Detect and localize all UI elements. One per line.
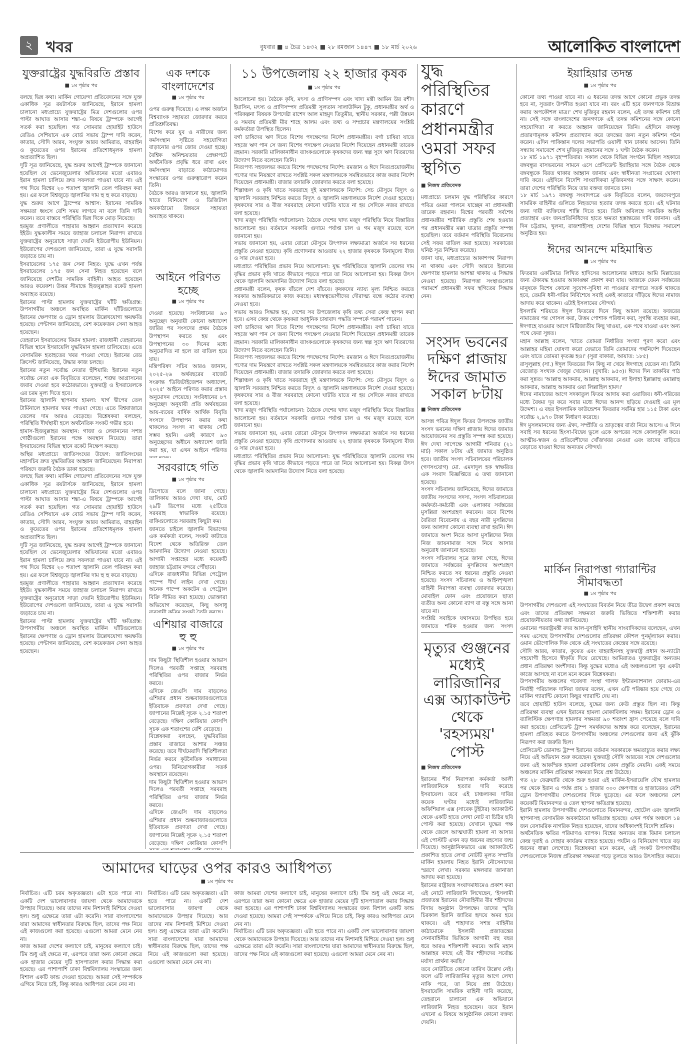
paragraph: অর্থনৈতিক ক্ষতির পরিমাণও ব্যাপক। বিশ্বের…	[520, 831, 680, 861]
masthead: ২ খবর বুধবার ■ ৪ চৈত্র ১৪৩২ ■ ২৮ রমজান ১…	[20, 36, 680, 58]
paragraph: শিল্পাঞ্চল ও কৃষি খাতে সরবরাহে দুই মন্ত্…	[234, 378, 414, 408]
paragraph: ডিপোতে বলে জানা গেছে। তালিকায় আরও দেখা …	[149, 489, 227, 527]
paragraph: নির্বাচিত। এটি চরম অকৃতজ্ঞতা। এটা হতে পা…	[234, 929, 414, 959]
article-body: উপসাগরীয় দেশগুলো এই সংঘাতের বিবর্তন নিয…	[520, 603, 680, 861]
dateline: বুধবার ■ ৪ চৈত্র ১৪৩২ ■ ২৮ রমজান ১৪৪৭ ■ …	[260, 42, 417, 53]
paragraph: প্রধানমন্ত্রী বলেন, কৃষক বাঁচলে দেশ বাঁচ…	[234, 287, 414, 310]
paragraph: কাজ আমরা দেশের কল্যাণে চাই, মানুষের কল্য…	[20, 944, 142, 990]
paragraph: অস্থির মধ্যপ্রাচ্যে জাতিসংঘের উদ্বেগ: জা…	[20, 452, 142, 475]
paragraph: সভায় জানানো হয়, এবার বোরো মৌসুমে উৎপাদ…	[234, 431, 414, 454]
paragraph: দেওয়া হয়েছে। সংবিধানের ৯৩ অনুচ্ছেদ অনু…	[149, 311, 227, 364]
paragraph: নির্বাচিত। এটি চরম অকৃতজ্ঞতা। এটা হতে পা…	[148, 891, 228, 967]
article-us-security: মার্কিন নিরাপত্তা গ্যারান্টির সীমাবদ্ধতা…	[520, 560, 680, 1046]
continued-label: ■ ১ম পৃষ্ঠার পর	[149, 299, 227, 307]
paragraph: ফিতরার একটিমাত্র লিখিত হাদিসের আলোচনার ম…	[520, 271, 680, 309]
continued-label: ■ ১ম পৃষ্ঠার পর	[20, 83, 142, 91]
column-divider	[230, 64, 231, 849]
section-title: খবর	[46, 36, 72, 61]
paragraph: নিত্যপণ্য সহজলভ্য করতে বিশেষ পদক্ষেপের ন…	[234, 165, 414, 188]
paragraph: প্রেসিডেন্ট ডোনাল্ড ট্রাম্প ইরানের বর্তম…	[520, 748, 680, 778]
byline: ■ নিজস্ব প্রতিবেদক	[421, 183, 513, 191]
headline: সংসদ ভবনের দক্ষিণ প্লাজায় ঈদের জামাত সক…	[421, 334, 513, 403]
column-divider	[417, 64, 418, 849]
paragraph: দুটি সূত্র জানিয়েছে, যুদ্ধ শুরুর আগেই ট…	[20, 543, 142, 581]
headline: আমাদের ঘাড়ের ওপর কারও আধিপত্য	[20, 860, 414, 877]
paragraph: সভায় জানানো হয়, এবার বোরো মৌসুমে উৎপাদ…	[234, 241, 414, 264]
paragraph: দাম কিছুটা স্থিতিশীল হওয়ার আভাস দিলেও প…	[149, 658, 227, 688]
continued-label: ■ ১ম পৃষ্ঠার পর	[149, 477, 227, 485]
article-body: ফিতরার একটিমাত্র লিখিত হাদিসের আলোচনার ম…	[520, 271, 680, 453]
paragraph: গত ২৮ ফেব্রুয়ারি থেকে শুরু হওয়া এই মার…	[520, 778, 680, 808]
headline: সরবরাহে গতি	[149, 462, 227, 475]
paragraph: ইরানি হামলায় উপসাগরীয় দেশগুলোতে বিমানব…	[520, 808, 680, 831]
paragraph: ১৮ মার্চ ১৯৭১ বৃহস্পতিবার। সকাল থেকে বিভ…	[520, 155, 680, 193]
article-dominance: আমাদের ঘাড়ের ওপর কারও আধিপত্য ■ ১ম পৃষ্…	[20, 856, 414, 1046]
headline: এক দশকে বাংলাদেশের	[149, 68, 227, 93]
continued-label: ■ ১ম পৃষ্ঠার পর	[234, 85, 414, 93]
paragraph: মধ্যপ্রাচ্য পরিস্থিতির প্রভাব নিয়ে আলোচ…	[234, 264, 414, 287]
newspaper-logo: আলোকিত বাংলাদেশ	[548, 34, 680, 61]
continued-label: ■ ১ম পৃষ্ঠার পর	[520, 591, 680, 599]
paragraph: সভায় আরও সিদ্ধান্ত হয়, দেশের সব উপজেলা…	[234, 310, 414, 325]
paragraph: মন্ত্রিপরিষদ সচিব আরও জানান, ২০২৫-২৬ অর্…	[149, 364, 227, 458]
paragraph: উপসাগরীয় দেশগুলো এই সংঘাতের বিবর্তন নিয…	[520, 603, 680, 626]
paragraph: খাদ্য মজুদ পরিস্থিতি পর্যালোচনা: বৈঠকে দ…	[234, 408, 414, 431]
article-asia-market: এশিয়ার বাজারে হু হু ■ ১ম পৃষ্ঠার পর দাম…	[149, 615, 227, 850]
paragraph: মধ্যপ্রাচ্যে চলমান যুদ্ধ পরিস্থিতির কারণ…	[421, 195, 513, 256]
continued-label: ■ ১ম পৃষ্ঠার পর	[20, 879, 414, 887]
paragraph: খাদ্য মজুদ পরিস্থিতি পর্যালোচনা: বৈঠকে দ…	[234, 218, 414, 241]
page-number-badge: ২	[20, 36, 38, 55]
byline: ■ নিজস্ব প্রতিবেদক	[421, 765, 513, 773]
paragraph: বিশেষ করে যুব ও নারীদের জন্য কর্মসংস্থান…	[149, 130, 227, 191]
continued-label: ■ ১ম পৃষ্ঠার পর	[520, 83, 680, 91]
paragraph: ইরানের পাল্টা হামলায় যুক্তরাষ্ট্রের ঘাঁ…	[20, 300, 142, 338]
headline: ঈদের আনন্দে মহিমান্বিত	[520, 244, 680, 257]
article-body: ইরানের শীর্ষ নিরাপত্তা কর্মকর্তা আলী লার…	[421, 777, 513, 1028]
paragraph: যুদ্ধ শুরুর আগে ট্রাম্পের আশ্বাস: ইরানের…	[20, 201, 142, 224]
article-body: দাম কিছুটা স্থিতিশীল হওয়ার আভাস দিলেও প…	[149, 658, 227, 850]
paragraph: সংশ্লিষ্ট সবাইকে যথাসময়ে উপস্থিত হয়ে জ…	[421, 616, 513, 633]
paragraph: বৈঠকে আরও জানানো হয়, জ্বালানি খাতে বিনি…	[149, 191, 227, 221]
paragraph: হরমুজ প্রণালীতে পাহারার আহ্বান প্রত্যাখ্…	[20, 581, 142, 619]
paragraph: কোনো তথ্য পাওয়া যাবে না। এ ধরনের তদন্ত …	[520, 95, 680, 156]
article-body: বলছে ভিন্ন কথা। মার্কিন গোয়েন্দা প্রতিব…	[20, 95, 142, 657]
paragraph: তেহরানে ইসরায়েলের বিমান হামলা: রাজধানী …	[20, 338, 142, 368]
headline: যুদ্ধ পরিস্থিতির কারণে প্রধানমন্ত্রীর ওম…	[421, 62, 513, 179]
article-body: দেওয়া হয়েছে। সংবিধানের ৯৩ অনুচ্ছেদ অনু…	[149, 311, 227, 458]
headline: ১১ উপজেলায় ২২ হাজার কৃষক	[234, 68, 414, 83]
paragraph: উপসাগরীয় অঞ্চলের গবেষণা সংস্থা গালফ ইন্…	[520, 679, 680, 702]
article-larijani: মৃত্যুর গুঞ্জনের মধ্যেই লারিজানির এক্স অ…	[421, 636, 513, 1046]
headline: যুক্তরাষ্ট্রের যুদ্ধবিরতি প্রস্তাব	[20, 68, 142, 81]
column-divider	[145, 64, 146, 849]
paragraph: এদিকে জেএসি দাম বাড়লেও এশিয়ার প্রধান শ…	[149, 810, 227, 850]
paragraph: নিত্যপণ্য সহজলভ্য করতে বিশেষ পদক্ষেপের ন…	[234, 355, 414, 378]
paragraph: ইরানের রাষ্ট্রায়ত্ত সংবাদমাধ্যমেও প্রকা…	[421, 883, 513, 967]
headline: ইয়াহিয়ার তদন্ত	[520, 68, 680, 81]
paragraph: দুটি সূত্র জানিয়েছে, যুদ্ধ শুরুর আগেই ট…	[20, 163, 142, 201]
article-body: ওপর গুরুত্ব দিয়েছে। এ লক্ষ্য অর্জনে বিশ…	[149, 107, 227, 221]
headline: আইনে পরিণত হচ্ছে	[149, 272, 227, 297]
paragraph: জানতে চাইলে জ্বালানি বিভাগের এক কর্মকর্ত…	[149, 527, 227, 573]
paragraph: বলছে ভিন্ন কথা। মার্কিন গোয়েন্দা প্রতিব…	[20, 95, 142, 163]
headline: এশিয়ার বাজারে হু হু	[149, 619, 227, 644]
paragraph: তবে হোয়াইট হাউস বলেছে, যুদ্ধের জন্য কেউ…	[520, 702, 680, 748]
article-yahya: ইয়াহিয়ার তদন্ত ■ ১ম পৃষ্ঠার পর কোনো তথ…	[520, 64, 680, 239]
paragraph: মধ্যপ্রাচ্য পরিস্থিতির প্রভাব নিয়ে আলোচ…	[234, 454, 414, 477]
continued-label: ■ ১ম পৃষ্ঠার পর	[149, 95, 227, 103]
paragraph: ওমানের পররাষ্ট্রমন্ত্রী বদর আল-বুসাইদি স…	[520, 626, 680, 649]
headline: মার্কিন নিরাপত্তা গ্যারান্টির সীমাবদ্ধতা	[520, 564, 680, 589]
paragraph: বর্গা চাষিদের ঋণ দিতে বিশেষ পদক্ষেপের নি…	[234, 135, 414, 165]
article-supply: সরবরাহে গতি ■ ১ম পৃষ্ঠার পর ডিপোতে বলে জ…	[149, 458, 227, 613]
paragraph: ইরানের জ্বালানি স্থাপনায় হামলা: খার্গ দ…	[20, 398, 142, 428]
paragraph: ইরানের শীর্ষ নিরাপত্তা কর্মকর্তা আলী লার…	[421, 777, 513, 883]
paragraph: শিল্পাঞ্চল ও কৃষি খাতে সরবরাহে দুই মন্ত্…	[234, 188, 414, 218]
paragraph: আসন্ন পবিত্র ঈদুল ফিতর উপলক্ষে জাতীয় সং…	[421, 419, 513, 487]
paragraph: ঈদের নামাজের আগে সদকাতুল ফিতর আদায় করা …	[520, 392, 680, 422]
article-eid-prayer: সংসদ ভবনের দক্ষিণ প্লাজায় ঈদের জামাত সক…	[421, 323, 513, 633]
article-eid-joy: ঈদের আনন্দে মহিমান্বিত ■ ১ম পৃষ্ঠার পর ফ…	[520, 240, 680, 558]
article-body-col2: নির্বাচিত। এটি চরম অকৃতজ্ঞতা। এটা হতে পা…	[148, 891, 228, 990]
article-body: মধ্যপ্রাচ্যে চলমান যুদ্ধ পরিস্থিতির কারণ…	[421, 195, 513, 301]
paragraph: সংসদ সচিবালয় সূত্রে জানা গেছে, ঈদের জাম…	[421, 556, 513, 617]
paragraph: ১৮ মার্চ ১৯৭১ বঙ্গবন্ধু সংবাদপত্রে এক বি…	[520, 193, 680, 239]
article-body: কোনো তথ্য পাওয়া যাবে না। এ ধরনের তদন্ত …	[520, 95, 680, 239]
section-divider	[20, 852, 414, 853]
headline: মৃত্যুর গুঞ্জনের মধ্যেই লারিজানির এক্স অ…	[421, 640, 513, 761]
article-umrah: যুদ্ধ পরিস্থিতির কারণে প্রধানমন্ত্রীর ওম…	[421, 60, 513, 320]
paragraph: দাম কিছুটা স্থিতিশীল হওয়ার আভাস দিলেও প…	[149, 780, 227, 810]
paragraph: আলোচনা হয়। বৈঠকে কৃষি, মৎস্য ও প্রাণিসম…	[234, 97, 414, 135]
paragraph: ওপর গুরুত্ব দিয়েছে। এ লক্ষ্য অর্জনে বিশ…	[149, 107, 227, 130]
article-body: ডিপোতে বলে জানা গেছে। তালিকায় আরও দেখা …	[149, 489, 227, 613]
article-decade: এক দশকে বাংলাদেশের ■ ১ম পৃষ্ঠার পর ওপর গ…	[149, 64, 227, 264]
paragraph: ইরানের নতুন সর্বোচ্চ নেতার হুঁশিয়ারি: ই…	[20, 368, 142, 398]
byline: ■ নিজস্ব প্রতিবেদক	[421, 407, 513, 415]
paragraph: রাসুলুল্লাহ (সা.) ঈদুল ফিতরের দিন কিছু ন…	[520, 362, 680, 392]
paragraph: নির্বাচিত। এটি চরম অকৃতজ্ঞতা। এটা হতে পা…	[20, 891, 142, 944]
article-body: আলোচনা হয়। বৈঠকে কৃষি, মৎস্য ও প্রাণিসম…	[234, 97, 414, 477]
paragraph: তবে নোটটিতে কোনো তারিখ উল্লেখ নেই। ফলে এ…	[421, 967, 513, 1028]
paragraph: বলছে ভিন্ন কথা। মার্কিন গোয়েন্দা প্রতিব…	[20, 474, 142, 542]
article-body-col3: কাজ আমরা দেশের কল্যাণে চাই, মানুষের কল্য…	[234, 891, 414, 990]
article-ceasefire: যুক্তরাষ্ট্রের যুদ্ধবিরতি প্রস্তাব ■ ১ম …	[20, 64, 142, 844]
paragraph: জানা যায়, মধ্যপ্রাচ্যের আকাশপথ নিরাপদ ন…	[421, 256, 513, 302]
column-divider	[516, 64, 517, 1044]
paragraph: ইসলামি শরিয়তে ঈদুল ফিতরের দিনে কিছু আমল…	[520, 309, 680, 339]
paragraph: এদিকে জেএসি দাম বাড়লেও এশিয়ার প্রধান শ…	[149, 689, 227, 735]
paragraph: ইরানের পাল্টা হামলায় যুক্তরাষ্ট্রের ঘাঁ…	[20, 619, 142, 657]
paragraph: হরমুজ প্রণালীতে পাহারার আহ্বান প্রত্যাখ্…	[20, 224, 142, 262]
paragraph: সৌদি আরব, কাতার, কুয়েত এবং বাহরাইনসহ যু…	[520, 649, 680, 679]
paragraph: ইসরায়েলের ১৭৫ জন সেনা নিহত: যুদ্ধে এখন …	[20, 262, 142, 300]
paragraph: বর্গা চাষিদের ঋণ দিতে বিশেষ পদক্ষেপের নি…	[234, 325, 414, 355]
paragraph: কাজ আমরা দেশের কল্যাণে চাই, মানুষের কল্য…	[234, 891, 414, 929]
article-farmers: ১১ উপজেলায় ২২ হাজার কৃষক ■ ১ম পৃষ্ঠার প…	[234, 64, 414, 849]
paragraph: বিশ্লেষকরা বলছেন, যুদ্ধবিরতির প্রস্তাব ব…	[149, 734, 227, 780]
paragraph: হামাস-হিজবুল্লাহর অবস্থান: গাজা ও লেবানন…	[20, 429, 142, 452]
paragraph: মহান আল্লাহ বলেন, 'যাতে তোমরা নির্ধারিত …	[520, 339, 680, 362]
paragraph: ঈদ মুসলমানদের জন্য ঐক্য, সম্প্রীতি ও ভ্র…	[520, 423, 680, 453]
article-digital-law: আইনে পরিণত হচ্ছে ■ ১ম পৃষ্ঠার পর দেওয়া …	[149, 268, 227, 458]
paragraph: সংসদ সচিবালয় জানিয়েছে, ঈদের জামাতে জাত…	[421, 487, 513, 555]
article-body-col1: নির্বাচিত। এটি চরম অকৃতজ্ঞতা। এটা হতে পা…	[20, 891, 142, 990]
continued-label: ■ ১ম পৃষ্ঠার পর	[149, 646, 227, 654]
paragraph: এদিকে রাজধানীর বিভিন্ন পেট্রোল পাম্পে দী…	[149, 572, 227, 613]
continued-label: ■ ১ম পৃষ্ঠার পর	[520, 259, 680, 267]
article-body: আসন্ন পবিত্র ঈদুল ফিতর উপলক্ষে জাতীয় সং…	[421, 419, 513, 633]
